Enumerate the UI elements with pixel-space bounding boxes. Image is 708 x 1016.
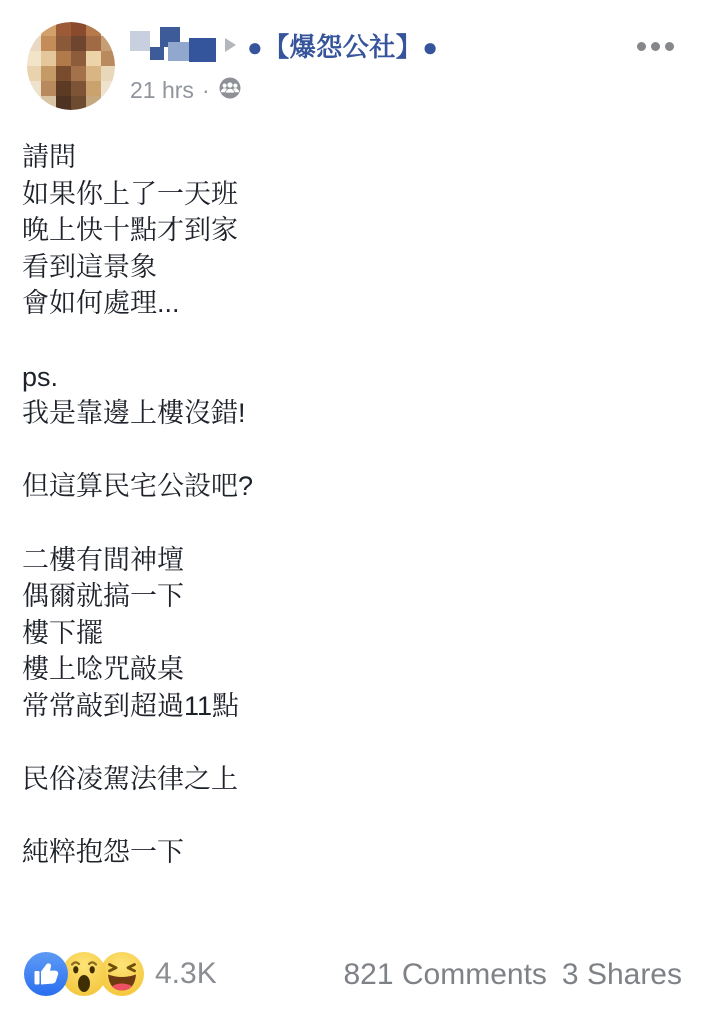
dot-separator: · <box>202 77 210 104</box>
chevron-right-icon <box>225 38 236 52</box>
group-link[interactable]: ●【爆怨公社】● <box>247 27 438 64</box>
comments-shares-summary: 821 Comments 3 Shares <box>343 958 682 992</box>
post-header: ●【爆怨公社】● <box>129 24 438 66</box>
avatar-pixelated-image <box>27 22 115 110</box>
more-options-button[interactable] <box>633 38 678 55</box>
ellipsis-icon <box>637 42 674 51</box>
reaction-count[interactable]: 4.3K <box>155 957 217 991</box>
group-audience-icon <box>218 76 242 106</box>
reactions-summary: 4.3K <box>24 952 217 996</box>
censored-username[interactable] <box>129 27 225 63</box>
comments-link[interactable]: 821 Comments <box>343 958 546 992</box>
avatar[interactable] <box>27 22 115 110</box>
post-text: 請問 如果你上了一天班 晚上快十點才到家 看到這景象 會如何處理... ps. … <box>22 139 688 871</box>
like-reaction-icon[interactable] <box>24 952 68 996</box>
wow-reaction-icon[interactable] <box>62 952 106 996</box>
engagement-summary: 4.3K 821 Comments 3 Shares <box>0 948 708 1002</box>
shares-link[interactable]: 3 Shares <box>562 958 682 992</box>
facebook-post-card: ●【爆怨公社】● 21 hrs · 請問 如果你上了一天班 晚上快十點才到家 看… <box>0 0 708 1016</box>
timestamp-link[interactable]: 21 hrs <box>130 77 194 104</box>
post-meta-row: 21 hrs · <box>130 74 242 106</box>
haha-reaction-icon[interactable] <box>100 952 144 996</box>
